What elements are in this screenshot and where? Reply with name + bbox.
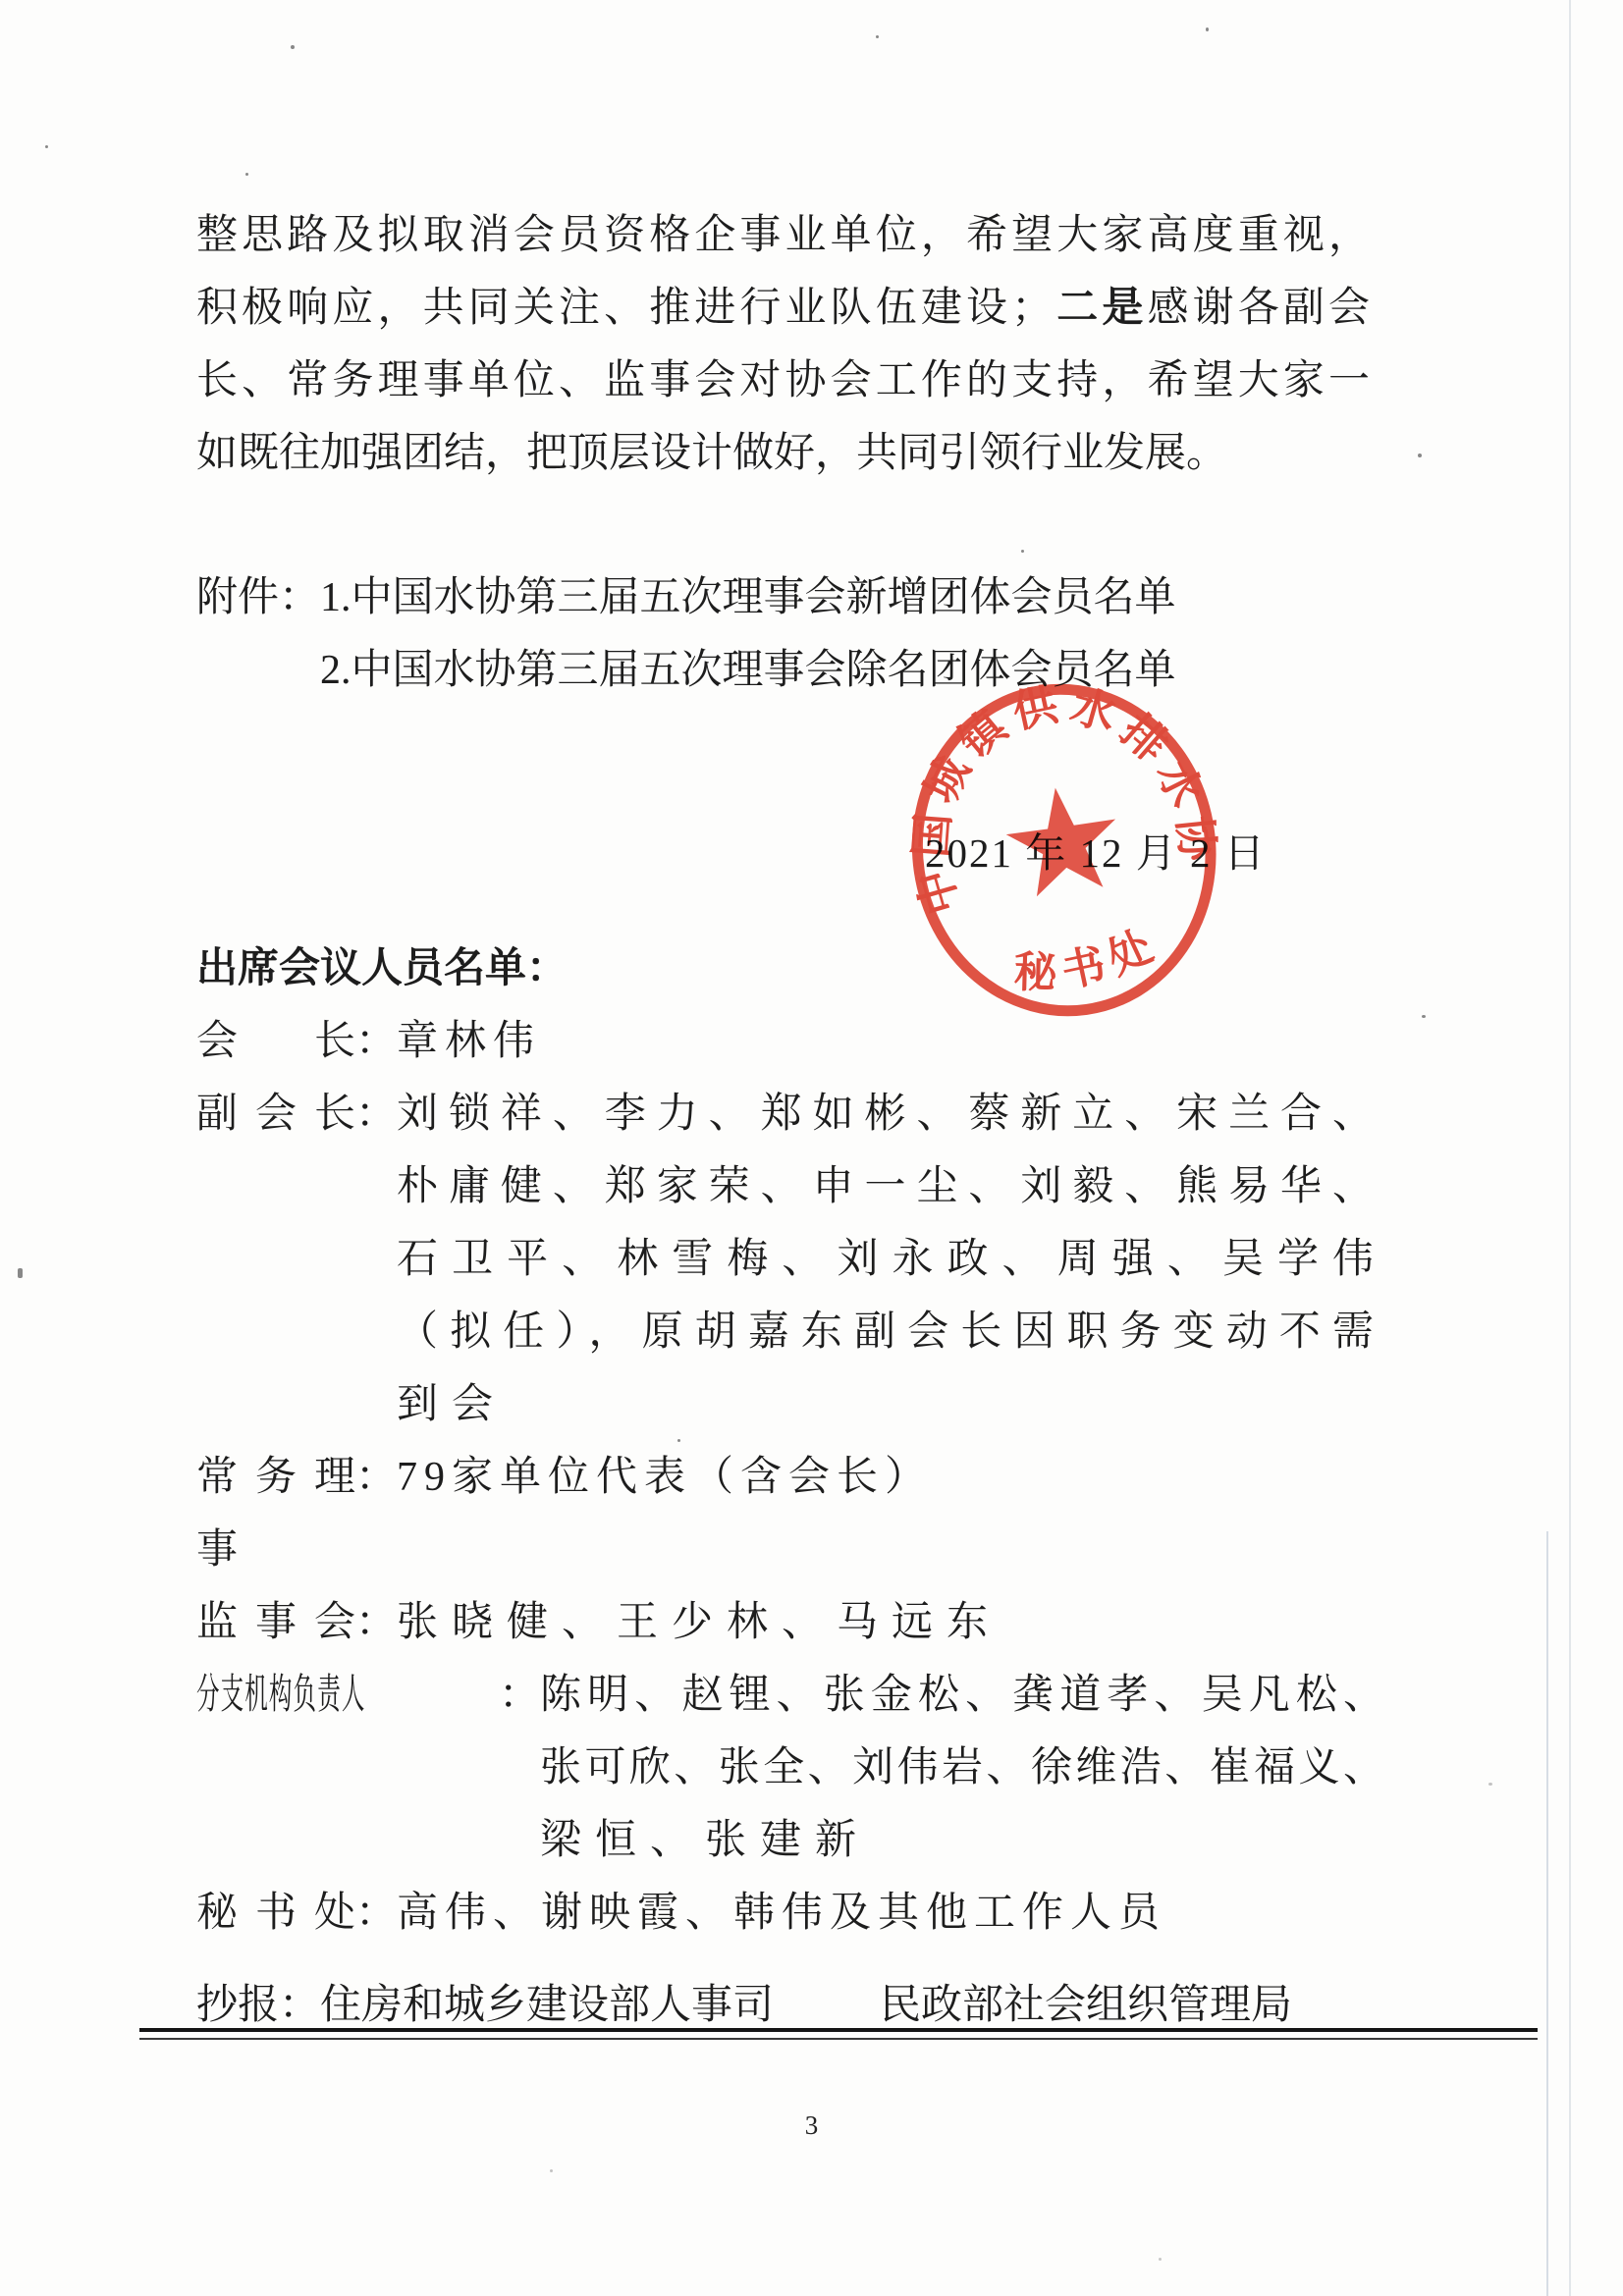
roster-colon: ： — [499, 1659, 540, 1732]
roster-role-label: 监事会 — [196, 1586, 355, 1659]
roster-name-line: 到会 — [397, 1368, 1374, 1441]
roster-row-executive-directors: 常务理事 ： 79家单位代表（含会长） — [196, 1441, 1384, 1586]
roster-names: 陈明、赵锂、张金松、龚道孝、吴凡松、 张可欣、张全、刘伟岩、徐维浩、崔福义、 梁… — [540, 1659, 1384, 1877]
scan-speck — [876, 35, 879, 38]
scan-speck — [1021, 550, 1024, 553]
roster-row-supervisory-board: 监事会 ： 张晓健、王少林、马远东 — [196, 1586, 1384, 1659]
footer-rule-shadow — [139, 2038, 1538, 2040]
roster-name-line: 79家单位代表（含会长） — [397, 1441, 1374, 1514]
scan-speck — [550, 2169, 553, 2172]
page-number: 3 — [0, 2110, 1623, 2141]
roster-row-vice-presidents: 副会长 ： 刘锁祥、李力、郑如彬、蔡新立、宋兰合、 朴庸健、郑家荣、申一尘、刘毅… — [196, 1078, 1384, 1441]
roster-colon: ： — [355, 1078, 397, 1150]
roster-row-secretariat: 秘书处 ： 高伟、谢映霞、韩伟及其他工作人员 — [196, 1877, 1384, 1949]
scan-edge-line — [1569, 0, 1571, 2296]
scan-speck — [677, 1439, 680, 1442]
seal-star-icon — [1001, 780, 1124, 900]
roster-row-president: 会长 ： 章林伟 — [196, 1005, 1384, 1078]
scan-speck — [1488, 1783, 1492, 1786]
roster-name-line: 张晓健、王少林、马远东 — [397, 1586, 1374, 1659]
scan-edge-line — [1546, 1531, 1548, 2296]
scan-speck — [291, 45, 295, 49]
roster-names: 刘锁祥、李力、郑如彬、蔡新立、宋兰合、 朴庸健、郑家荣、申一尘、刘毅、熊易华、 … — [397, 1078, 1374, 1441]
roster-names: 张晓健、王少林、马远东 — [397, 1586, 1374, 1659]
roster-name-line: 石卫平、林雪梅、刘永政、周强、吴学伟 — [397, 1223, 1374, 1296]
paragraph-line: 长、常务理事单位、监事会对协会工作的支持，希望大家一 — [196, 345, 1370, 417]
official-seal-stamp: 中国城镇供水排水协会 秘书处 — [877, 656, 1252, 1047]
scan-speck — [1418, 454, 1422, 457]
scanned-document-page: 整思路及拟取消会员资格企事业单位，希望大家高度重视， 积极响应，共同关注、推进行… — [0, 0, 1623, 2296]
paragraph-line: 积极响应，共同关注、推进行业队伍建设；二是感谢各副会 — [196, 272, 1370, 345]
scan-speck — [45, 145, 48, 148]
roster-role-label: 会长 — [196, 1005, 355, 1078]
roster-colon: ： — [355, 1877, 397, 1949]
paragraph-segment-bold: 二是 — [1053, 286, 1147, 331]
scan-speck — [18, 1268, 23, 1278]
attendee-roster: 出席会议人员名单： 会长 ： 章林伟 副会长 ： 刘锁祥、李力、郑如彬、蔡新立、… — [196, 933, 1384, 1949]
roster-name-line: 陈明、赵锂、张金松、龚道孝、吴凡松、 — [540, 1659, 1384, 1732]
attachments-label: 附件： — [196, 561, 320, 707]
roster-name-line: 高伟、谢映霞、韩伟及其他工作人员 — [397, 1877, 1374, 1949]
roster-colon: ： — [355, 1005, 397, 1078]
roster-role-label: 分支机构负责人 — [196, 1659, 499, 1732]
roster-name-line: 朴庸健、郑家荣、申一尘、刘毅、熊易华、 — [397, 1150, 1374, 1223]
roster-names: 79家单位代表（含会长） — [397, 1441, 1374, 1514]
roster-name-line: 张可欣、张全、刘伟岩、徐维浩、崔福义、 — [540, 1732, 1384, 1804]
roster-colon: ： — [355, 1441, 397, 1514]
paragraph-line: 如既往加强团结，把顶层设计做好，共同引领行业发展。 — [196, 417, 1370, 490]
paragraph-segment: 感谢各副会 — [1148, 286, 1370, 331]
roster-name-line: 梁恒、张建新 — [540, 1804, 1384, 1877]
cc-label: 抄报： — [196, 1983, 320, 2028]
scan-speck — [1206, 27, 1209, 31]
roster-role-label: 副会长 — [196, 1078, 355, 1150]
roster-role-label: 常务理事 — [196, 1441, 355, 1586]
seal-ring-text: 中国城镇供水排水协会 — [877, 656, 1226, 925]
roster-name-line: 刘锁祥、李力、郑如彬、蔡新立、宋兰合、 — [397, 1078, 1374, 1150]
scan-speck — [245, 173, 248, 176]
roster-names: 章林伟 — [397, 1005, 1374, 1078]
footer-rule — [139, 2028, 1538, 2032]
roster-name-line: 章林伟 — [397, 1005, 1374, 1078]
roster-row-branch-heads: 分支机构负责人 ： 陈明、赵锂、张金松、龚道孝、吴凡松、 张可欣、张全、刘伟岩、… — [196, 1659, 1384, 1877]
roster-names: 高伟、谢映霞、韩伟及其他工作人员 — [397, 1877, 1374, 1949]
scan-speck — [1422, 1015, 1426, 1018]
roster-colon: ： — [355, 1586, 397, 1659]
cc-recipient: 民政部社会组织管理局 — [880, 1983, 1292, 2028]
attachment-item: 1.中国水协第三届五次理事会新增团体会员名单 — [320, 561, 1176, 634]
roster-name-line: （拟任），原胡嘉东副会长因职务变动不需 — [397, 1296, 1374, 1368]
cc-recipient: 住房和城乡建设部人事司 — [320, 1983, 774, 2028]
roster-role-label: 秘书处 — [196, 1877, 355, 1949]
body-paragraph: 整思路及拟取消会员资格企事业单位，希望大家高度重视， 积极响应，共同关注、推进行… — [196, 199, 1370, 490]
roster-role-label-text: 分支机构负责人 — [196, 1659, 365, 1732]
paragraph-segment: 积极响应，共同关注、推进行业队伍建设； — [196, 286, 1053, 331]
paragraph-line: 整思路及拟取消会员资格企事业单位，希望大家高度重视， — [196, 199, 1370, 272]
scan-speck — [1159, 2258, 1162, 2261]
